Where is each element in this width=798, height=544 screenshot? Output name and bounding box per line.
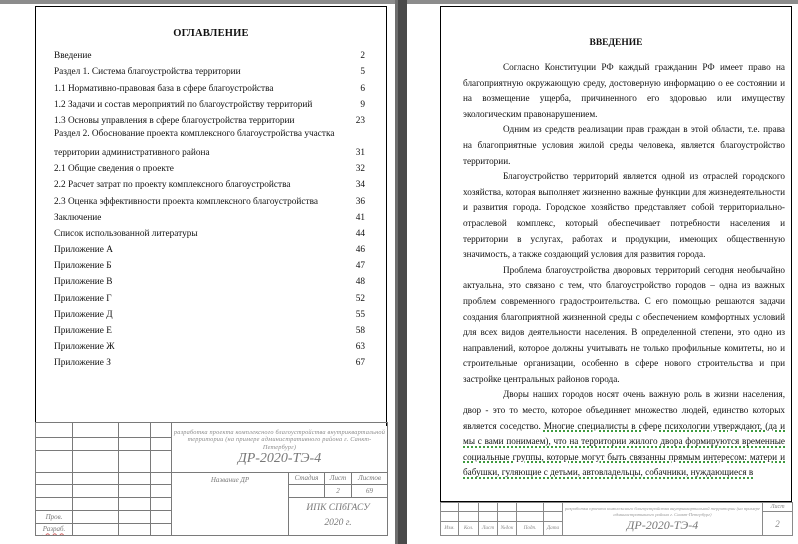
toc-entry-page: 67 <box>345 357 365 369</box>
stamp-cell <box>119 450 151 472</box>
stamp-stage-value <box>289 485 325 497</box>
toc-entry[interactable]: Приложение Д55 <box>54 305 365 321</box>
toc-entry-page: 48 <box>345 276 365 288</box>
toc-entry-label: Приложение А <box>54 244 113 256</box>
stamp-cell <box>479 512 498 521</box>
stamp-cell <box>119 437 151 450</box>
toc-entry-label: Приложение З <box>54 357 111 369</box>
stamp-sheet-label: Лист <box>763 503 793 512</box>
stamp-cell <box>73 511 119 523</box>
stamp-org-cell: ИПК СПбГАСУ 2020 г. <box>289 497 388 535</box>
toc-entry-label: Приложение Б <box>54 260 112 272</box>
toc-entry-label: Список использованной литературы <box>54 228 198 240</box>
stamp-cell <box>119 472 151 484</box>
stamp-cell <box>498 503 517 512</box>
stamp-cell <box>151 523 172 535</box>
toc-entry-page: 44 <box>345 228 365 240</box>
stamp-column-label: Дата <box>544 521 563 535</box>
stamp-description: разработка проекта комплексного благоуст… <box>172 429 387 452</box>
toc-entry-label: 1.3 Основы управления в сфере благоустро… <box>54 115 294 127</box>
stamp-cell <box>119 485 151 497</box>
stamp-description: разработка проекта комплексного благоуст… <box>563 506 762 518</box>
stamp-cell <box>544 512 563 521</box>
stamp-sheet-value: 2 <box>763 512 793 536</box>
toc-entry-page: 31 <box>345 147 365 159</box>
toc-entry[interactable]: 1.3 Основы управления в сфере благоустро… <box>54 111 365 127</box>
toc-entry-label: Приложение Е <box>54 325 112 337</box>
toc-entry-label: Приложение Г <box>54 293 112 305</box>
stamp-cell <box>544 503 563 512</box>
toc-entry-label: Введение <box>54 50 91 62</box>
toc-list: Введение2Раздел 1. Система благоустройст… <box>54 46 365 369</box>
stamp-cell <box>36 437 73 450</box>
toc-entry-page: 32 <box>345 163 365 175</box>
toc-entry[interactable]: 2.1 Общие сведения о проекте32 <box>54 159 365 175</box>
toc-entry[interactable]: Раздел 2. Обоснование проекта комплексно… <box>54 127 365 159</box>
stamp-cell <box>151 497 172 510</box>
page-gutter <box>395 0 407 544</box>
stamp-cell <box>498 512 517 521</box>
stamp-role-checked: Пров. <box>36 511 73 523</box>
toc-entry-page: 58 <box>345 325 365 337</box>
toc-entry-label: 2.1 Общие сведения о проекте <box>54 163 174 175</box>
stamp-cell <box>36 485 73 497</box>
stamp-cell <box>36 423 73 438</box>
stamp-cell <box>151 511 172 523</box>
stamp-cell <box>441 503 459 512</box>
stamp-cell <box>119 423 151 438</box>
stamp-cell <box>73 437 119 450</box>
introduction-body: Согласно Конституции РФ каждый гражданин… <box>463 60 785 481</box>
title-block-stamp: разработка проекта комплексного благоуст… <box>35 422 387 536</box>
toc-entry-page: 23 <box>345 115 365 127</box>
toc-entry[interactable]: 2.2 Расчет затрат по проекту комплексног… <box>54 175 365 191</box>
toc-entry[interactable]: Введение2 <box>54 46 365 62</box>
page-stamp: разработка проекта комплексного благоуст… <box>440 502 792 536</box>
stamp-document-code: ДР-2020-ТЭ-4 <box>563 518 762 533</box>
toc-entry-page: 6 <box>345 83 365 95</box>
stamp-cell <box>459 512 479 521</box>
stamp-cell <box>151 485 172 497</box>
stamp-cell <box>73 485 119 497</box>
stamp-sheet-value: 2 <box>325 485 352 497</box>
stamp-cell <box>441 512 459 521</box>
document-page-introduction: ВВЕДЕНИЕ Согласно Конституции РФ каждый … <box>407 4 798 544</box>
page-gutter-edge <box>395 0 398 544</box>
toc-entry[interactable]: Приложение Ж63 <box>54 337 365 353</box>
stamp-cell <box>73 450 119 472</box>
stamp-cell <box>73 497 119 510</box>
toc-entry[interactable]: Приложение Е58 <box>54 321 365 337</box>
toc-entry[interactable]: Список использованной литературы44 <box>54 224 365 240</box>
stamp-cell <box>73 423 119 438</box>
toc-entry-page: 9 <box>345 99 365 111</box>
stamp-cell <box>151 450 172 472</box>
stamp-cell <box>119 497 151 510</box>
toc-entry[interactable]: 1.1 Нормативно-правовая база в сфере бла… <box>54 78 365 94</box>
toc-entry[interactable]: 1.2 Задачи и состав мероприятий по благо… <box>54 95 365 111</box>
toc-entry-page: 63 <box>345 341 365 353</box>
stamp-sheets-label: Листов <box>352 472 388 484</box>
stamp-sheet-label: Лист <box>325 472 352 484</box>
stamp-cell <box>517 512 544 521</box>
stamp-column-label: Лист <box>479 521 498 535</box>
toc-entry-page: 55 <box>345 309 365 321</box>
toc-title: ОГЛАВЛЕНИЕ <box>35 28 387 39</box>
stamp-role-developed: Разраб. <box>43 525 66 533</box>
toc-entry[interactable]: Приложение З67 <box>54 353 365 369</box>
stamp-work-name: Название ДР <box>211 476 249 484</box>
toc-entry-page: 46 <box>345 244 365 256</box>
stamp-column-label: Подп. <box>517 521 544 535</box>
toc-entry-page: 52 <box>345 293 365 305</box>
toc-entry[interactable]: Приложение Б47 <box>54 256 365 272</box>
paragraph: Проблема благоустройства дворовых террит… <box>463 263 785 388</box>
paragraph: Благоустройство территорий является одно… <box>463 169 785 263</box>
toc-entry-label: территории административного района <box>54 147 210 159</box>
toc-entry-label: Приложение Ж <box>54 341 115 353</box>
toc-entry[interactable]: Приложение А46 <box>54 240 365 256</box>
toc-entry[interactable]: Приложение В48 <box>54 272 365 288</box>
toc-entry-page: 2 <box>345 50 365 62</box>
stamp-cell <box>151 423 172 438</box>
stamp-cell <box>119 523 151 535</box>
stamp-description-cell: разработка проекта комплексного благоуст… <box>563 503 763 536</box>
stamp-cell <box>36 450 73 472</box>
toc-entry-page: 34 <box>345 179 365 191</box>
stamp-cell <box>479 503 498 512</box>
stamp-cell <box>151 437 172 450</box>
toc-entry-page: 47 <box>345 260 365 272</box>
paragraph: Согласно Конституции РФ каждый гражданин… <box>463 60 785 122</box>
document-page-toc: ОГЛАВЛЕНИЕ Введение2Раздел 1. Система бл… <box>0 4 395 544</box>
toc-entry-page: 5 <box>345 66 365 78</box>
stamp-cell <box>73 472 119 484</box>
stamp-year: 2020 г. <box>289 516 387 531</box>
toc-entry-label: Приложение В <box>54 276 112 288</box>
stamp-stage-label: Стадия <box>289 472 325 484</box>
stamp-document-code: ДР-2020-ТЭ-4 <box>172 451 387 466</box>
toc-entry-label: 1.2 Задачи и состав мероприятий по благо… <box>54 99 312 111</box>
toc-entry-label: 1.1 Нормативно-правовая база в сфере бла… <box>54 83 274 95</box>
toc-entry-label: Раздел 1. Система благоустройства террит… <box>54 66 241 78</box>
toc-entry[interactable]: 2.3 Оценка эффективности проекта комплек… <box>54 191 365 207</box>
toc-entry[interactable]: Заключение41 <box>54 208 365 224</box>
toc-entry-page: 36 <box>345 196 365 208</box>
stamp-cell <box>119 511 151 523</box>
toc-entry-label: Заключение <box>54 212 101 224</box>
toc-entry-label: Приложение Д <box>54 309 113 321</box>
stamp-column-label: Изм. <box>441 521 459 535</box>
stamp-cell <box>73 523 119 535</box>
toc-entry-label: Раздел 2. Обоснование проекта комплексно… <box>54 127 365 144</box>
toc-entry[interactable]: Приложение Г52 <box>54 288 365 304</box>
stamp-column-label: Кол. <box>459 521 479 535</box>
stamp-cell <box>36 497 73 510</box>
paragraph: Дворы наших городов носят очень важную р… <box>463 387 785 481</box>
stamp-cell <box>517 503 544 512</box>
paragraph: Одним из средств реализации прав граждан… <box>463 122 785 169</box>
toc-entry-label: 2.2 Расчет затрат по проекту комплексног… <box>54 179 290 191</box>
stamp-sheets-value: 69 <box>352 485 388 497</box>
stamp-cell <box>459 503 479 512</box>
introduction-title: ВВЕДЕНИЕ <box>440 38 792 48</box>
toc-entry-label: 2.3 Оценка эффективности проекта комплек… <box>54 196 318 208</box>
toc-entry[interactable]: Раздел 1. Система благоустройства террит… <box>54 62 365 78</box>
stamp-cell <box>36 472 73 484</box>
stamp-organization: ИПК СПбГАСУ <box>289 501 387 516</box>
stamp-description-cell: разработка проекта комплексного благоуст… <box>172 423 388 473</box>
stamp-column-label: №док <box>498 521 517 535</box>
toc-entry-page: 41 <box>345 212 365 224</box>
stamp-role-developed-cell: Разраб. <box>36 523 73 535</box>
stamp-cell <box>151 472 172 484</box>
stamp-work-name-cell: Название ДР <box>172 472 289 535</box>
